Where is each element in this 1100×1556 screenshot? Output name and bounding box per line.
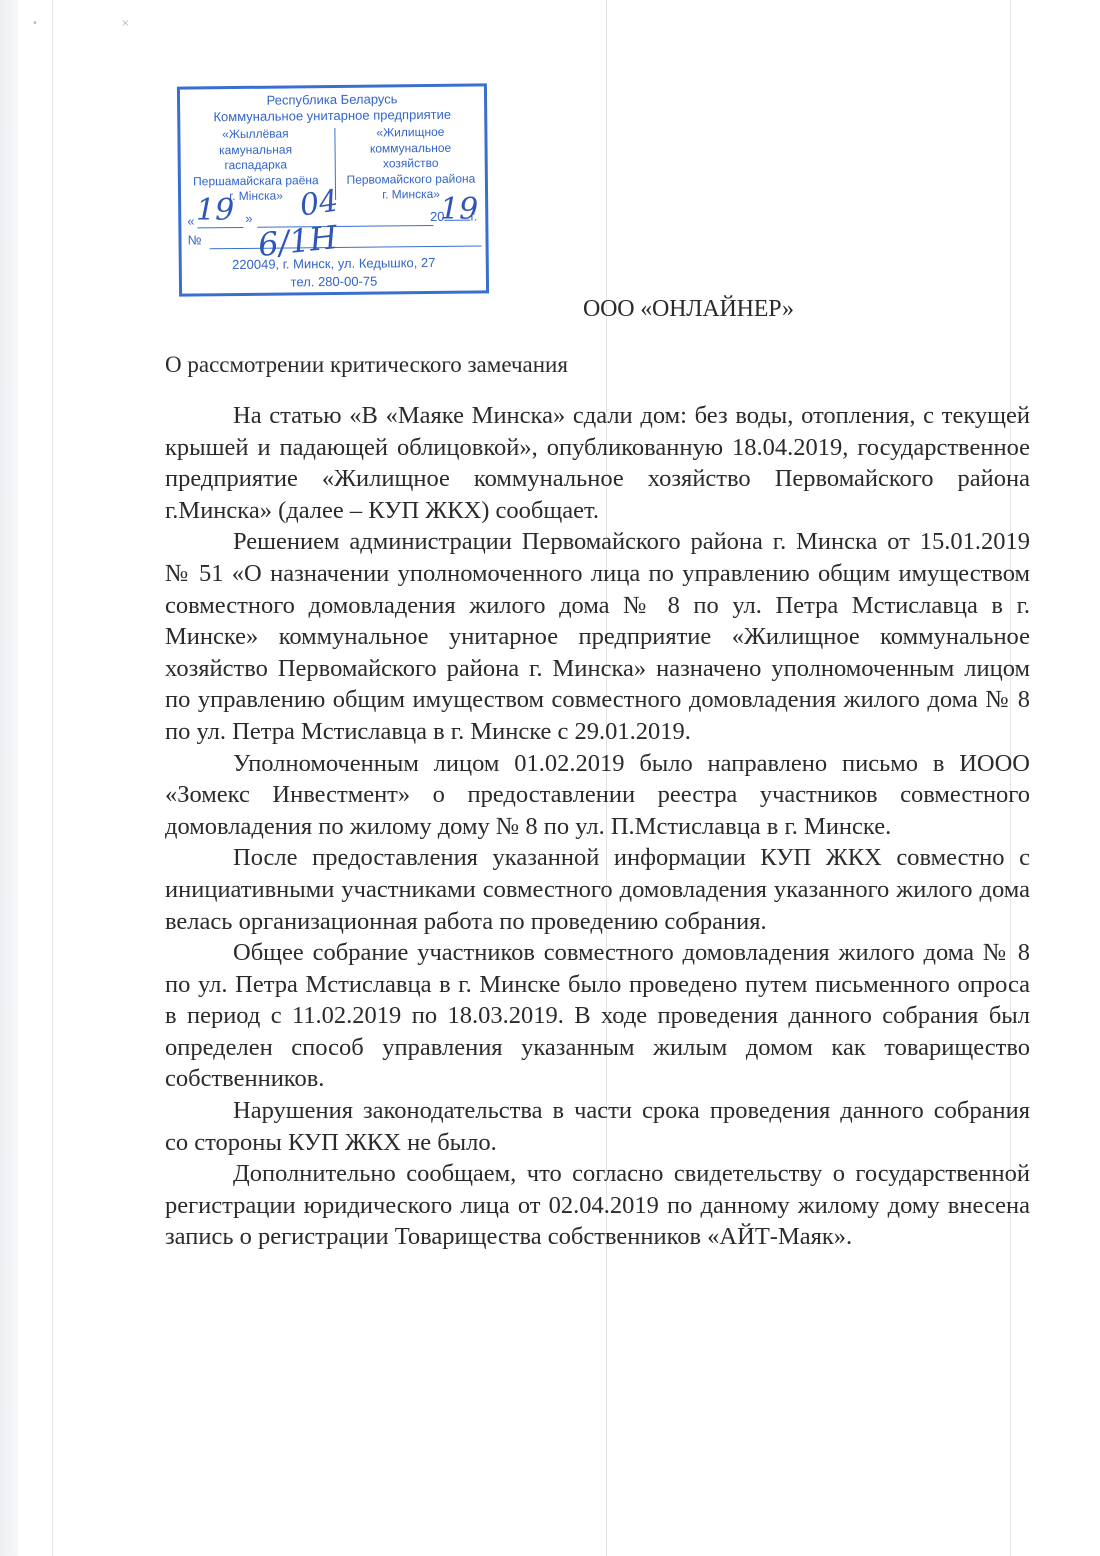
paragraph: Дополнительно сообщаем, что согласно сви…: [165, 1158, 1030, 1253]
paragraph: Уполномоченным лицом 01.02.2019 было нап…: [165, 748, 1030, 843]
scan-edge: [0, 0, 18, 1556]
stamp-org-type: Коммунальное унитарное предприятие: [180, 106, 484, 124]
stamp-address: 220049, г. Минск, ул. Кедышко, 27: [182, 254, 486, 272]
handwritten-day: 19: [196, 193, 234, 228]
scan-artifact-line: [52, 0, 53, 1556]
letter-subject: О рассмотрении критического замечания: [165, 352, 568, 378]
stamp-country: Республика Беларусь: [180, 90, 484, 108]
paragraph: Нарушения законодательства в части срока…: [165, 1095, 1030, 1158]
paragraph: После предоставления указанной информаци…: [165, 842, 1030, 937]
stamp-phone: тел. 280-00-75: [182, 272, 486, 290]
scan-corner-marks: • ×: [32, 18, 169, 29]
letter-body: На статью «В «Маяке Минска» сдали дом: б…: [165, 400, 1030, 1253]
handwritten-year: 19: [440, 192, 478, 227]
paragraph: Общее собрание участников совместного до…: [165, 937, 1030, 1095]
addressee: ООО «ОНЛАЙНЕР»: [583, 296, 794, 323]
paragraph: На статью «В «Маяке Минска» сдали дом: б…: [165, 400, 1030, 526]
paragraph: Решением администрации Первомайского рай…: [165, 526, 1030, 747]
